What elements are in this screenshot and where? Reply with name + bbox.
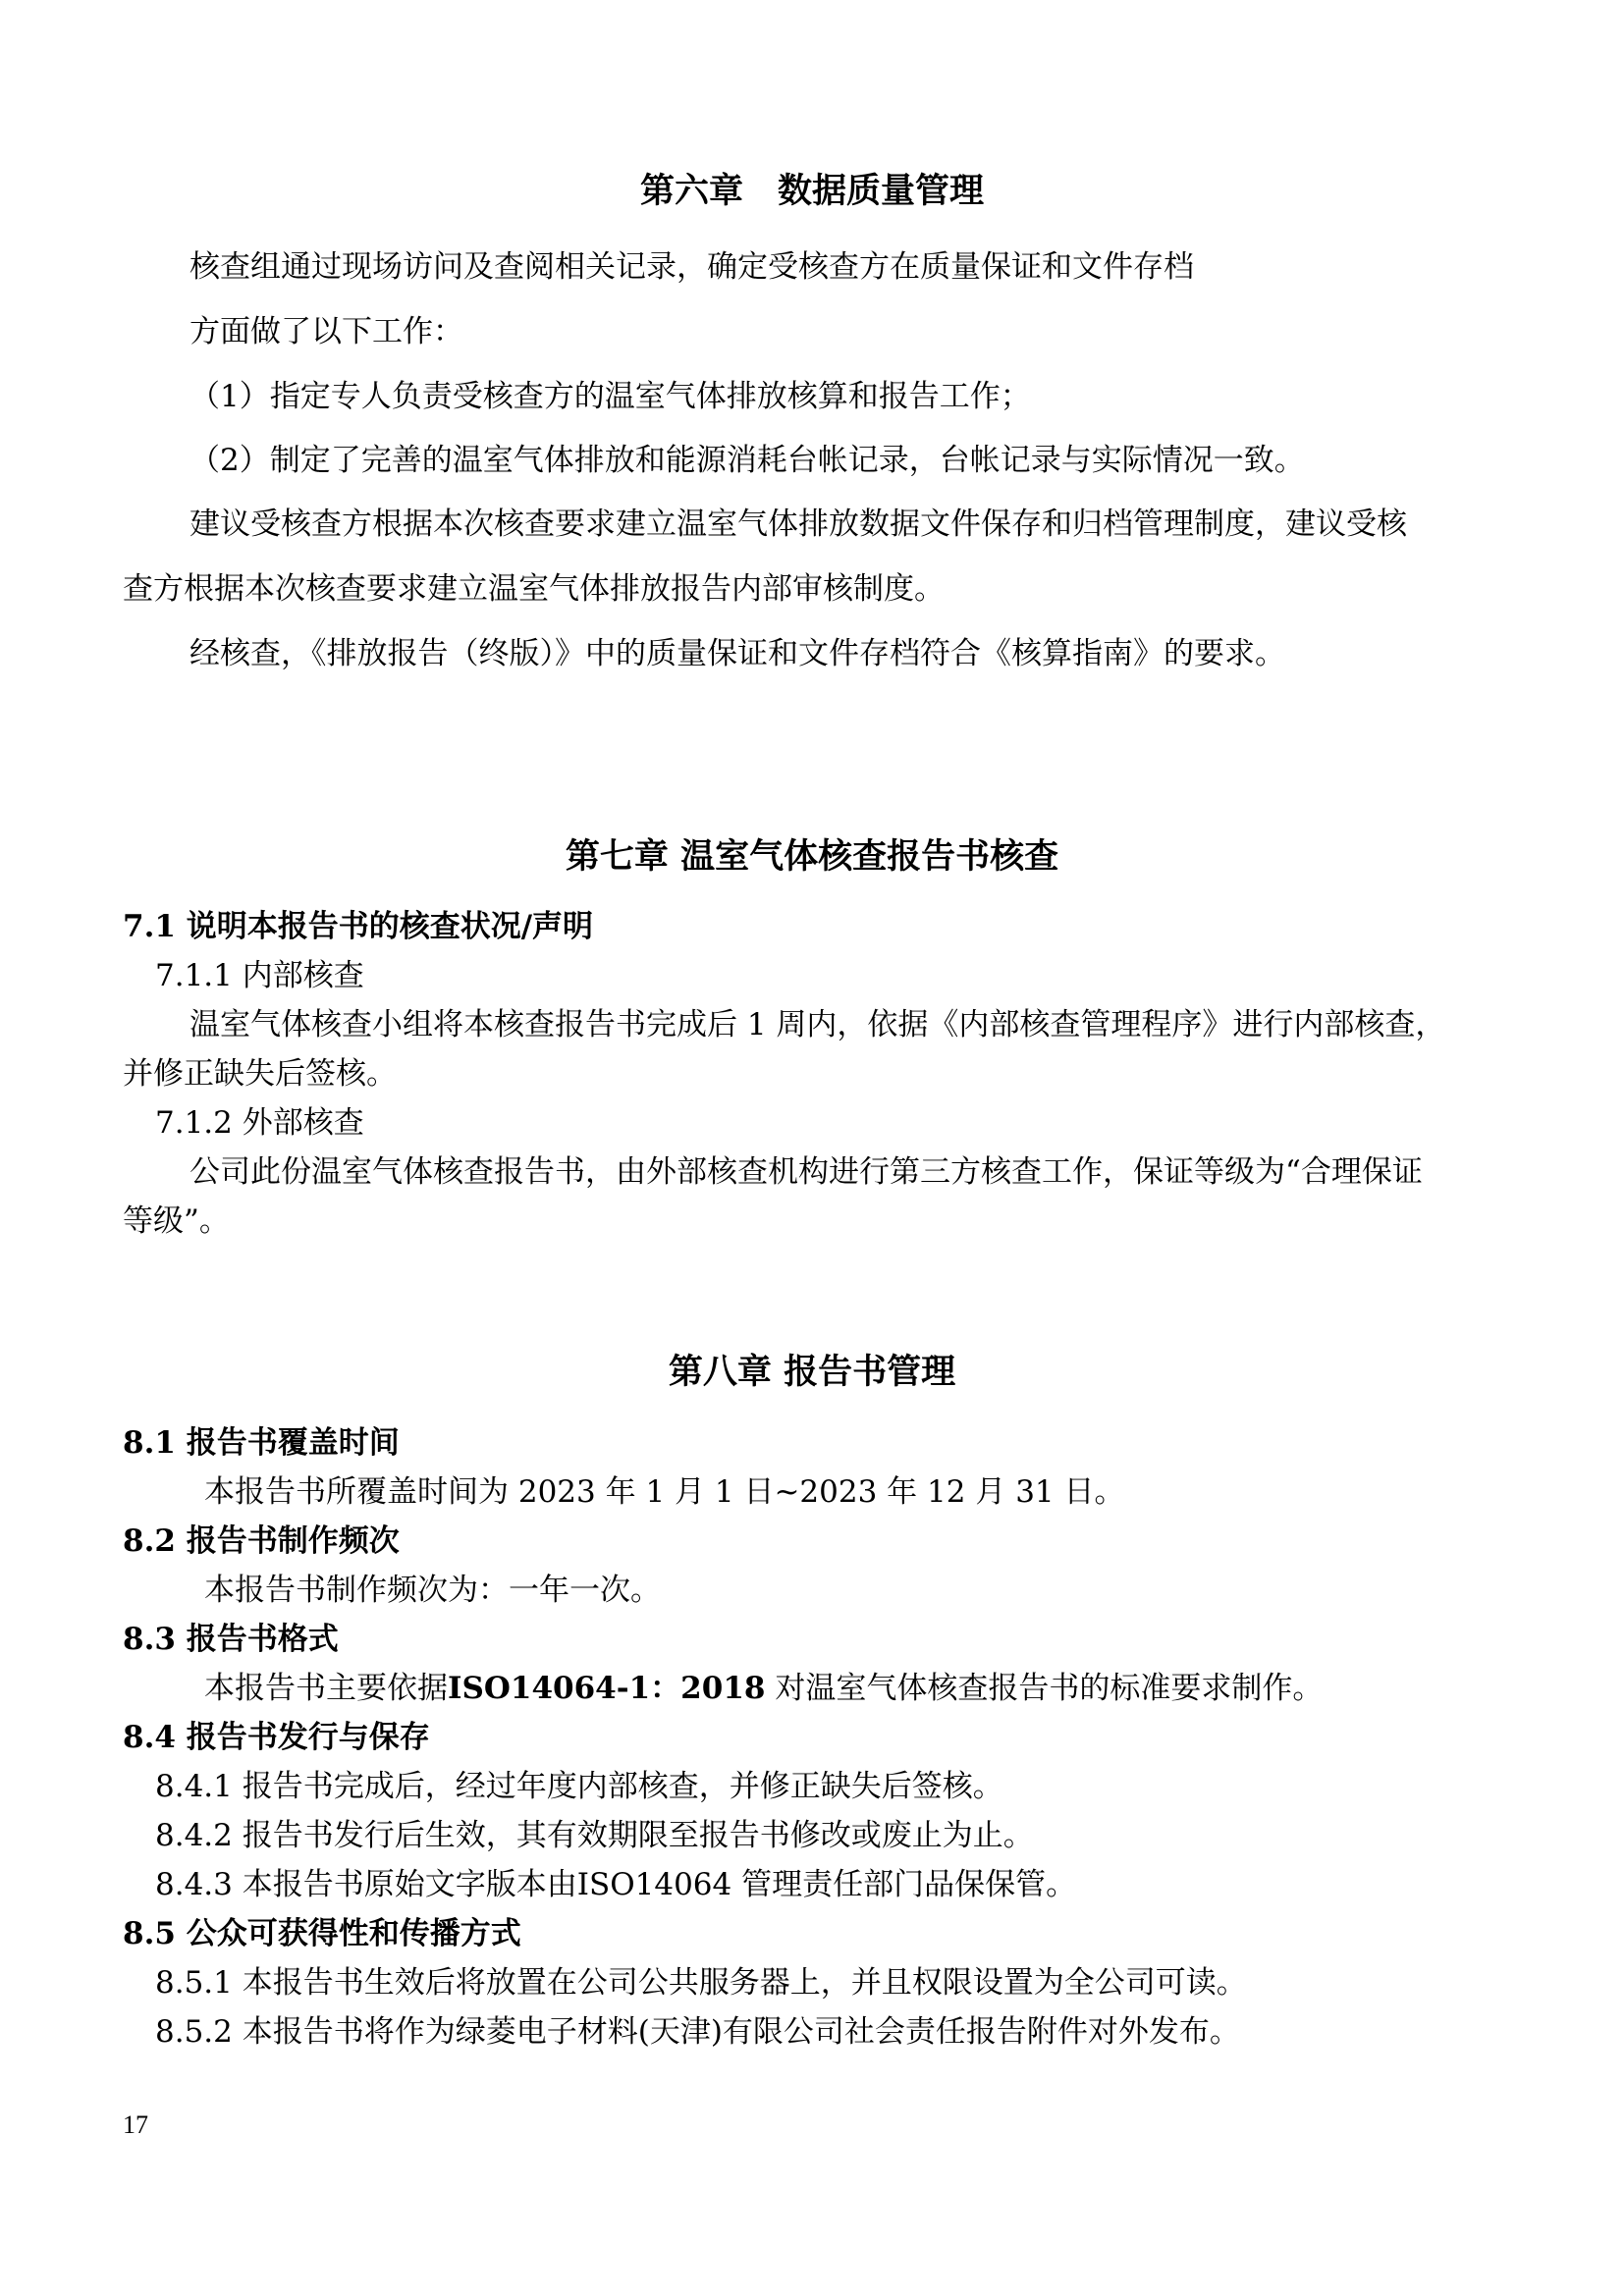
section-8-5-heading: 8.5 公众可获得性和传播方式 bbox=[123, 1914, 521, 1953]
ch6-para1-line1: 核查组通过现场访问及查阅相关记录，确定受核查方在质量保证和文件存档 bbox=[189, 247, 1194, 287]
ch6-para3: 经核查，《排放报告（终版）》中的质量保证和文件存档符合《核算指南》的要求。 bbox=[189, 634, 1285, 673]
ch6-item-1: （1）指定专人负责受核查方的温室气体排放核算和报告工作； bbox=[189, 377, 1031, 416]
ch6-para2-line1: 建议受核查方根据本次核查要求建立温室气体排放数据文件保存和归档管理制度，建议受核 bbox=[189, 505, 1407, 544]
ch6-para1-line2: 方面做了以下工作： bbox=[189, 312, 463, 351]
section-8-3-text: 本报告书主要依据ISO14064-1：2018 对温室气体核查报告书的标准要求制… bbox=[204, 1669, 1323, 1708]
subsection-8-4-3: 8.4.3 本报告书原始文字版本由ISO14064 管理责任部门品保保管。 bbox=[155, 1865, 1076, 1904]
ch6-para2-line2: 查方根据本次核查要求建立温室气体排放报告内部审核制度。 bbox=[123, 569, 945, 609]
subsection-7-1-2-heading: 7.1.2 外部核查 bbox=[155, 1103, 364, 1143]
section-8-1-text: 本报告书所覆盖时间为 2023 年 1 月 1 日~2023 年 12 月 31… bbox=[204, 1472, 1125, 1512]
section-7-1-heading: 7.1 说明本报告书的核查状况/声明 bbox=[123, 907, 593, 946]
iso-standard-ref: ISO14064-1：2018 bbox=[448, 1671, 765, 1706]
section-8-2-text: 本报告书制作频次为：一年一次。 bbox=[204, 1571, 661, 1610]
chapter-8-title: 第八章 报告书管理 bbox=[0, 1350, 1624, 1395]
subsection-7-1-1-heading: 7.1.1 内部核查 bbox=[155, 956, 364, 995]
subsection-7-1-1-line2: 并修正缺失后签核。 bbox=[123, 1054, 397, 1094]
subsection-7-1-2-line1: 公司此份温室气体核查报告书，由外部核查机构进行第三方核查工作，保证等级为“合理保… bbox=[189, 1152, 1423, 1192]
section-8-4-heading: 8.4 报告书发行与保存 bbox=[123, 1718, 430, 1757]
document-page: 第六章 数据质量管理 核查组通过现场访问及查阅相关记录，确定受核查方在质量保证和… bbox=[0, 0, 1624, 2296]
section-8-1-heading: 8.1 报告书覆盖时间 bbox=[123, 1423, 400, 1463]
subsection-8-5-1: 8.5.1 本报告书生效后将放置在公司公共服务器上，并且权限设置为全公司可读。 bbox=[155, 1963, 1247, 2002]
ch6-item-2: （2）制定了完善的温室气体排放和能源消耗台帐记录，台帐记录与实际情况一致。 bbox=[189, 441, 1305, 480]
chapter-6-title: 第六章 数据质量管理 bbox=[0, 169, 1624, 214]
chapter-7-title: 第七章 温室气体核查报告书核查 bbox=[0, 834, 1624, 880]
page-number: 17 bbox=[123, 2110, 148, 2140]
section-8-3-heading: 8.3 报告书格式 bbox=[123, 1620, 339, 1659]
subsection-8-4-1: 8.4.1 报告书完成后，经过年度内部核查，并修正缺失后签核。 bbox=[155, 1767, 1003, 1806]
section-8-3-text-pre: 本报告书主要依据 bbox=[204, 1671, 448, 1706]
subsection-8-4-2: 8.4.2 报告书发行后生效，其有效期限至报告书修改或废止为止。 bbox=[155, 1816, 1034, 1855]
subsection-7-1-1-line1: 温室气体核查小组将本核查报告书完成后 1 周内，依据《内部核查管理程序》进行内部… bbox=[189, 1005, 1445, 1044]
subsection-7-1-2-line2: 等级”。 bbox=[123, 1201, 230, 1241]
section-8-2-heading: 8.2 报告书制作频次 bbox=[123, 1522, 400, 1561]
section-8-3-text-post: 对温室气体核查报告书的标准要求制作。 bbox=[765, 1671, 1323, 1706]
subsection-8-5-2: 8.5.2 本报告书将作为绿菱电子材料(天津)有限公司社会责任报告附件对外发布。 bbox=[155, 2012, 1240, 2052]
